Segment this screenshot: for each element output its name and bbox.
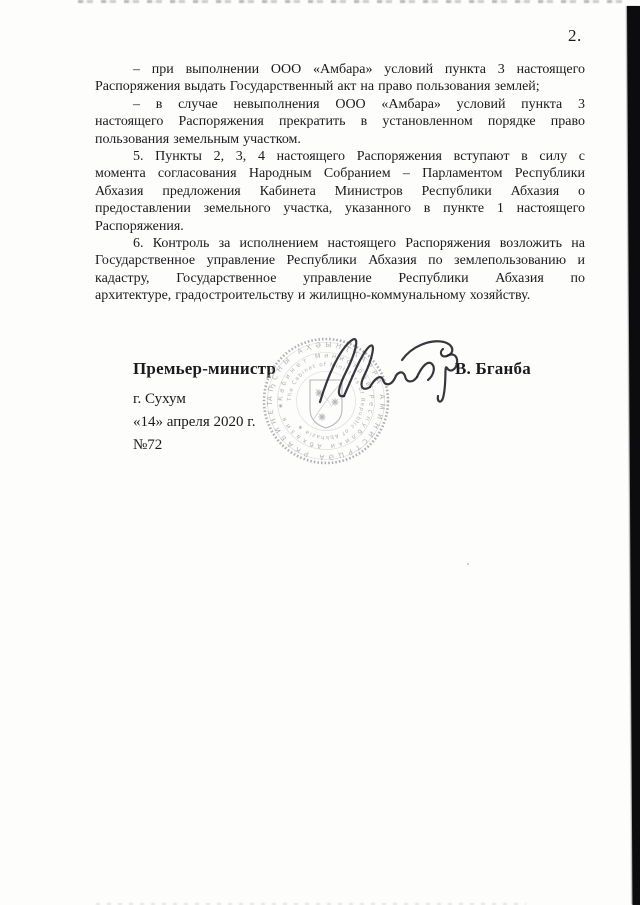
document-number: №72 — [133, 437, 162, 454]
signatory-title: Премьер-министр — [133, 359, 276, 379]
body-line: архитектуре, градостроительству и жилищн… — [95, 287, 585, 304]
scan-speck — [467, 563, 469, 565]
body-line: Распоряжения выдать Государственный акт … — [95, 78, 585, 95]
date-line: «14» апреля 2020 г. — [133, 414, 256, 431]
document-body: – при выполнении ООО «Амбара» условий пу… — [95, 61, 585, 305]
body-line: 5. Пункты 2, 3, 4 настоящего Распоряжени… — [95, 148, 585, 165]
body-line: 6. Контроль за исполнением настоящего Ра… — [95, 235, 585, 252]
body-line: Распоряжения. — [95, 218, 585, 235]
scan-top-edge-artifact — [78, 0, 630, 3]
body-line: пользования земельным участком. — [95, 131, 585, 148]
signature-scribble — [280, 330, 470, 415]
scan-right-edge-bar — [627, 6, 640, 905]
body-line: Абхазия предложения Кабинета Министров Р… — [95, 183, 585, 200]
body-line: – при выполнении ООО «Амбара» условий пу… — [95, 61, 585, 78]
body-line: – в случае невыполнения ООО «Амбара» усл… — [95, 96, 585, 113]
body-line: Государственное управление Республики Аб… — [95, 252, 585, 269]
body-line: настоящего Распоряжения прекратить в уст… — [95, 113, 585, 130]
body-line: момента согласования Народным Собранием … — [95, 165, 585, 182]
document-page: 2. – при выполнении ООО «Амбара» условий… — [0, 0, 640, 905]
body-line: кадастру, Государственное управление Рес… — [95, 270, 585, 287]
page-number: 2. — [568, 26, 582, 46]
place-line: г. Сухум — [133, 391, 186, 408]
body-line: предоставлении земельного участка, указа… — [95, 200, 585, 217]
